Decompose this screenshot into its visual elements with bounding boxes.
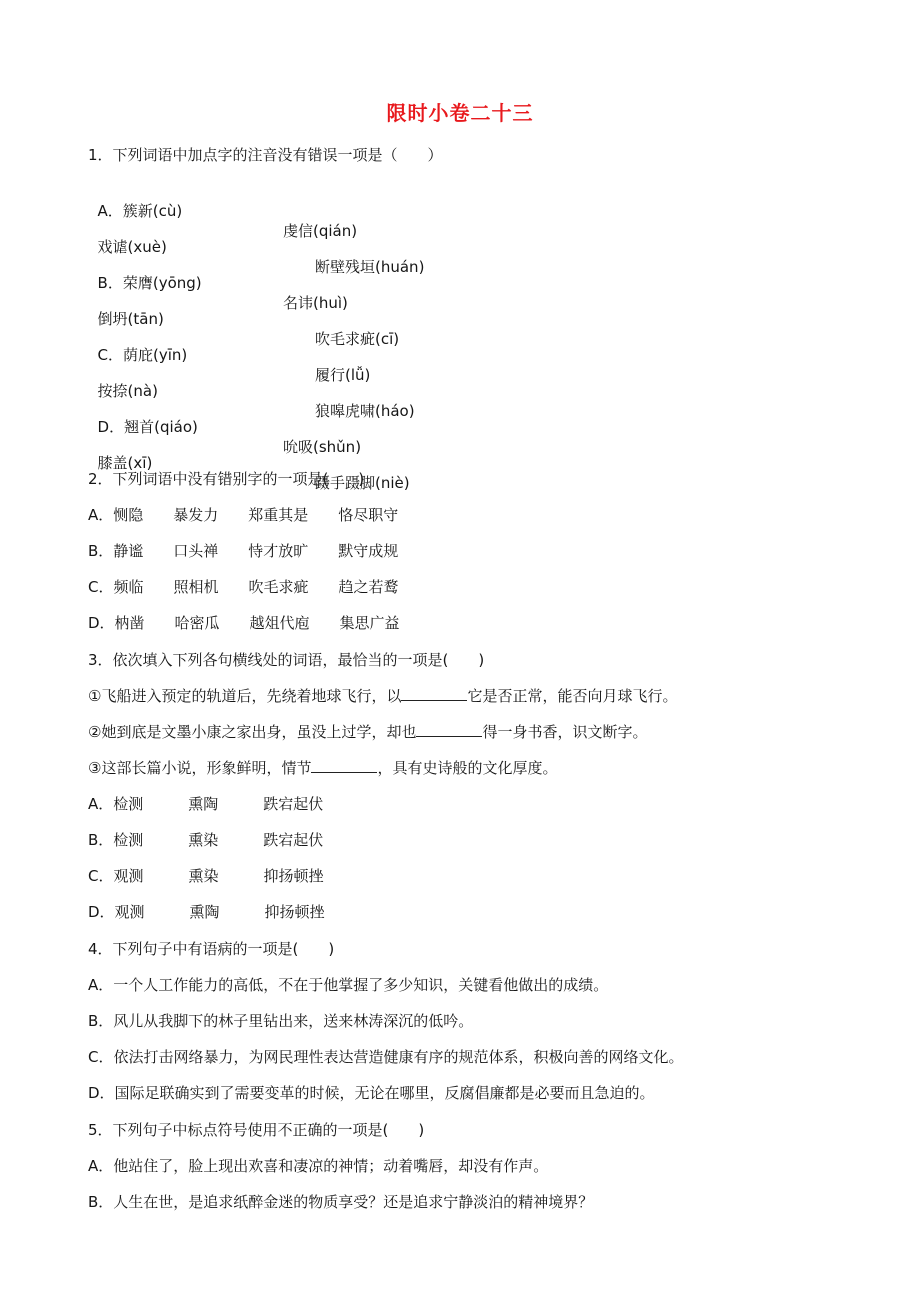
q4-option-b: B．风儿从我脚下的林子里钻出来，送来林涛深沉的低吟。 [88,1011,473,1031]
question-3-stem: 3．依次填入下列各句横线处的词语，最恰当的一项是( ) [88,650,484,670]
page-title: 限时小卷二十三 [0,99,920,127]
question-2-stem: 2．下列词语中没有错别字的一项是( ) [88,469,364,489]
q4-option-c: C．依法打击网络暴力，为网民理性表达营造健康有序的规范体系，积极向善的网络文化。 [88,1047,683,1067]
q3-sentence-3: ③这部长篇小说，形象鲜明，情节，具有史诗般的文化厚度。 [88,758,557,778]
question-4-stem: 4．下列句子中有语病的一项是( ) [88,939,334,959]
question-1-stem: 1．下列词语中加点字的注音没有错误一项是（ ） [88,145,443,165]
q4-option-a: A．一个人工作能力的高低，不在于他掌握了多少知识，关键看他做出的成绩。 [88,975,608,995]
q3-sentence-1-after: 它是否正常，能否向月球飞行。 [467,687,677,705]
q3-option-a: A．检测 熏陶 跌宕起伏 [88,794,323,814]
fill-blank-3 [311,758,377,773]
question-5-stem: 5．下列句子中标点符号使用不正确的一项是( ) [88,1120,424,1140]
q5-option-b: B．人生在世，是追求纸醉金迷的物质享受？还是追求宁静淡泊的精神境界？ [88,1192,593,1212]
q3-sentence-2-after: 得一身书香，识文断字。 [482,723,647,741]
q3-sentence-3-before: ③这部长篇小说，形象鲜明，情节 [88,759,311,777]
q2-option-a: A．恻隐 暴发力 郑重其是 恪尽职守 [88,505,398,525]
q3-sentence-2: ②她到底是文墨小康之家出身，虽没上过学，却也得一身书香，识文断字。 [88,722,647,742]
q2-option-d: D．枘凿 哈密瓜 越俎代庖 集思广益 [88,613,400,633]
q3-sentence-1-before: ①飞船进入预定的轨道后，先绕着地球飞行，以 [88,687,401,705]
q3-sentence-3-after: ，具有史诗般的文化厚度。 [377,759,557,777]
q3-option-c: C．观测 熏染 抑扬顿挫 [88,866,323,886]
q2-option-b: B．静谧 口头禅 恃才放旷 默守成规 [88,541,398,561]
fill-blank-1 [401,686,467,701]
q4-option-d: D．国际足联确实到了需要变革的时候，无论在哪里，反腐倡廉都是必要而且急迫的。 [88,1083,655,1103]
q3-option-b: B．检测 熏染 跌宕起伏 [88,830,323,850]
q3-sentence-2-before: ②她到底是文墨小康之家出身，虽没上过学，却也 [88,723,416,741]
q3-option-d: D．观测 熏陶 抑扬顿挫 [88,902,325,922]
q3-sentence-1: ①飞船进入预定的轨道后，先绕着地球飞行，以它是否正常，能否向月球飞行。 [88,686,677,706]
q5-option-a: A．他站住了，脸上现出欢喜和凄凉的神情；动着嘴唇，却没有作声。 [88,1156,548,1176]
q2-option-c: C．频临 照相机 吹毛求疵 趋之若鹜 [88,577,398,597]
fill-blank-2 [416,722,482,737]
